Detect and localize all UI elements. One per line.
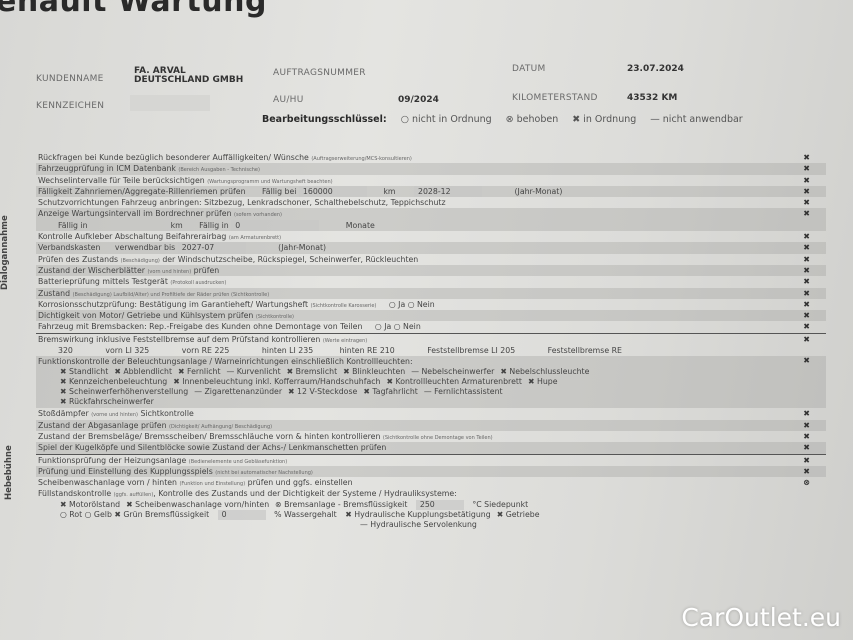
- due-in-months-field: 0: [231, 220, 319, 231]
- checklist-row: Prüfung und Einstellung des Kupplungsspi…: [36, 466, 826, 477]
- status-mark: ✖: [803, 175, 810, 186]
- status-mark: ✖: [803, 442, 810, 453]
- status-mark: ✖: [803, 356, 810, 366]
- brake-values-row: 320 vorn LI 325 vorn RE 225 hinten LI 23…: [36, 345, 826, 356]
- legend: Bearbeitungsschlüssel: ○ nicht in Ordnun…: [262, 114, 743, 125]
- status-mark: ✖: [803, 152, 810, 163]
- auhu-value: 09/2024: [398, 95, 439, 105]
- customer-name-line2: DEUTSCHLAND GMBH: [134, 75, 243, 85]
- status-mark: ✖: [803, 334, 810, 345]
- status-mark: ✖: [803, 455, 810, 466]
- checklist-row: Zustand (Beschädigung) Laufbild/Alter) u…: [36, 288, 826, 299]
- water-content-field: 0: [218, 510, 266, 520]
- auhu-label: AU/HU: [273, 95, 304, 105]
- checklist-row: Anzeige Wartungsintervall im Bordrechner…: [36, 208, 826, 219]
- document-title: enault Wartung: [0, 0, 267, 19]
- customer-label: KUNDENNAME: [36, 74, 104, 84]
- first-aid-kit-expiry: 2027-07: [178, 242, 246, 253]
- checklist-row: Bremswirkung inklusive Feststellbremse a…: [36, 334, 826, 345]
- legend-fixed: ⊗ behoben: [506, 114, 559, 125]
- status-mark: ✖: [803, 431, 810, 442]
- date-value: 23.07.2024: [627, 64, 684, 74]
- mileage-value: 43532 KM: [627, 93, 677, 103]
- checklist-row: Schutzvorrichtungen Fahrzeug anbringen: …: [36, 197, 826, 208]
- checklist-row: Fahrzeugprüfung in ICM Datenbank (Bereic…: [36, 163, 826, 174]
- side-label-hebebuehne: Hebebühne: [4, 445, 14, 500]
- checklist-row: Zustand der Bremsbeläge/ Bremsscheiben/ …: [36, 431, 826, 442]
- legend-na: — nicht anwendbar: [650, 114, 742, 125]
- yes-no-options[interactable]: ○ Ja ○ Nein: [389, 300, 435, 309]
- status-mark: ✖: [803, 163, 810, 174]
- status-mark: ✖: [803, 208, 810, 219]
- status-mark: ✖: [803, 288, 810, 299]
- plate-value-redacted: [130, 95, 210, 111]
- checklist-row: Wechselintervalle für Teile berücksichti…: [36, 175, 826, 186]
- checklist-row: Verbandskasten verwendbar bis 2027-07 (J…: [36, 242, 826, 253]
- checklist-row: Rückfragen bei Kunde bezüglich besondere…: [36, 152, 826, 163]
- status-mark: ✖: [803, 276, 810, 287]
- checklist-row-lighting: Funktionskontrolle der Beleuchtungsanlag…: [36, 356, 826, 408]
- order-number-label: AUFTRAGSNUMMER: [273, 68, 366, 78]
- checklist-row: Dichtigkeit von Motor/ Getriebe und Kühl…: [36, 310, 826, 321]
- watermark-logo: CarOutlet.eu: [681, 603, 841, 632]
- checklist-row: Fälligkeit Zahnriemen/Aggregate-Rillenri…: [36, 186, 826, 197]
- status-mark: ✖: [803, 310, 810, 321]
- status-mark: ✖: [803, 186, 810, 197]
- legend-not-ok: ○ nicht in Ordnung: [401, 114, 492, 125]
- status-mark: ✖: [803, 242, 810, 253]
- checklist-row: Fällig in km Fällig in 0 Monate: [36, 220, 826, 231]
- date-label: DATUM: [512, 64, 546, 74]
- checklist-row: Funktionsprüfung der Heizungsanlage (Bed…: [36, 455, 826, 466]
- status-mark: ⊗: [803, 477, 810, 488]
- status-mark: ✖: [803, 420, 810, 431]
- yes-no-options[interactable]: ○ Ja ○ Nein: [375, 322, 421, 331]
- status-mark: ✖: [803, 231, 810, 242]
- legend-ok: ✖ in Ordnung: [572, 114, 636, 125]
- checklist-row: Stoßdämpfer (vorne und hinten) Sichtkont…: [36, 408, 826, 419]
- checklist-row: Spiel der Kugelköpfe und Silentblöcke so…: [36, 442, 826, 454]
- checklist-row: Prüfen des Zustands (Beschädigung) der W…: [36, 254, 826, 265]
- status-mark: ✖: [803, 197, 810, 208]
- checklist-row: Kontrolle Aufkleber Abschaltung Beifahre…: [36, 231, 826, 242]
- checklist-row: Scheibenwaschanlage vorn / hinten (Funkt…: [36, 477, 826, 488]
- checklist-row: Zustand der Abgasanlage prüfen (Dichtigk…: [36, 420, 826, 431]
- checklist-row: Batterieprüfung mittels Testgerät (Proto…: [36, 276, 826, 287]
- mileage-label: KILOMETERSTAND: [512, 93, 598, 103]
- plate-label: KENNZEICHEN: [36, 101, 104, 111]
- status-mark: ✖: [803, 299, 810, 310]
- due-at-km-field: 160000: [299, 186, 367, 197]
- status-mark: ✖: [803, 254, 810, 265]
- checklist-row-fluids: Füllstandskontrolle (ggfs. auffüllen), K…: [36, 488, 826, 531]
- boiling-point-field: 250: [416, 500, 464, 510]
- side-label-dialogannahme: Dialogannahme: [0, 215, 10, 290]
- due-date-field: 2028-12: [414, 186, 482, 197]
- status-mark: ✖: [803, 321, 810, 332]
- legend-label: Bearbeitungsschlüssel:: [262, 114, 387, 125]
- status-mark: ✖: [803, 265, 810, 276]
- checklist-row: Zustand der Wischerblätter (vorn und hin…: [36, 265, 826, 276]
- status-mark: ✖: [803, 408, 810, 419]
- status-mark: ✖: [803, 466, 810, 477]
- checklist-row: Fahrzeug mit Bremsbacken: Rep.-Freigabe …: [36, 321, 826, 333]
- checklist: Rückfragen bei Kunde bezüglich besondere…: [36, 152, 826, 531]
- checklist-row: Korrosionsschutzprüfung: Bestätigung im …: [36, 299, 826, 310]
